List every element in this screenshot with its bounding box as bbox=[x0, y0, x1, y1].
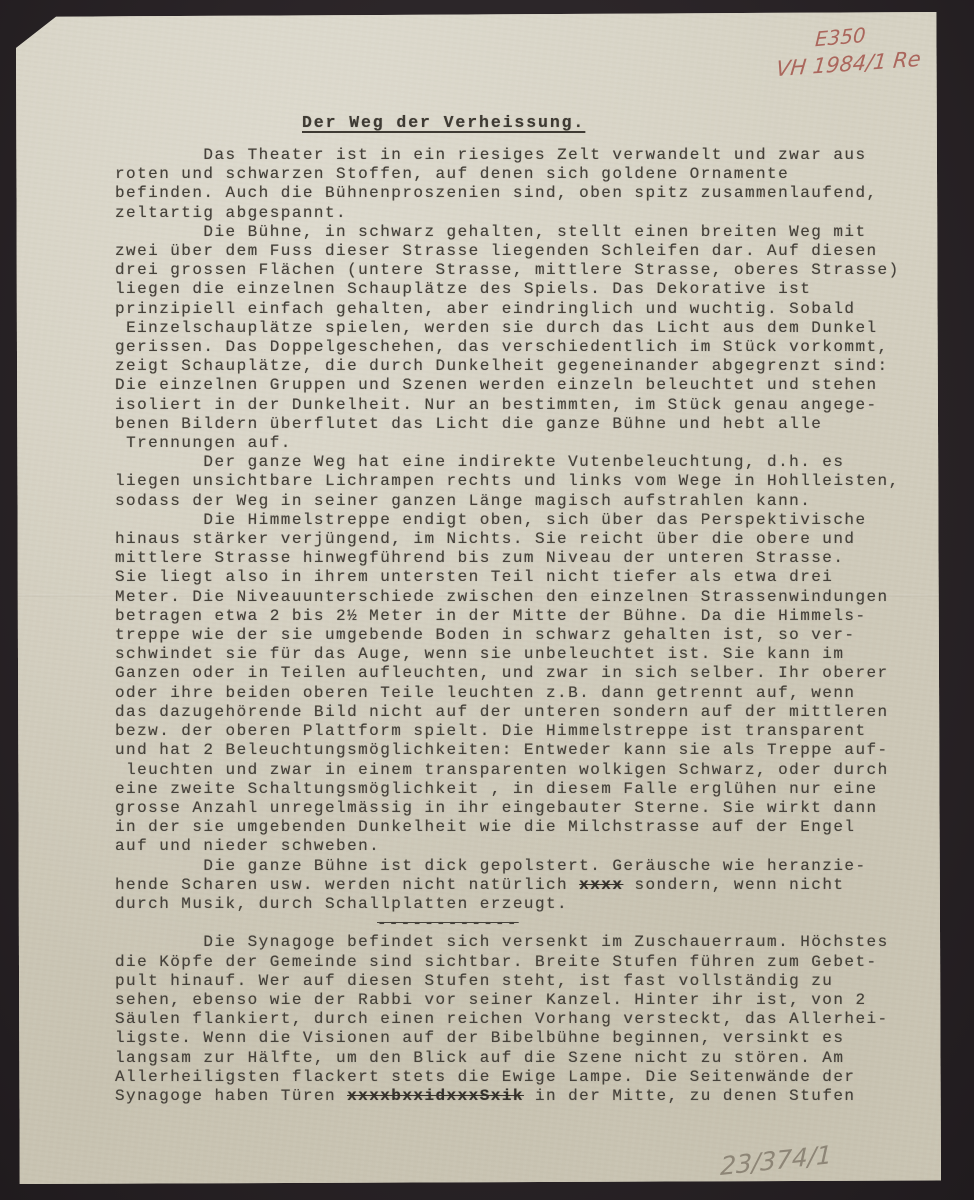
paragraph-gepolstert: Die ganze Bühne ist dick gepolstert. Ger… bbox=[115, 857, 917, 915]
document-title: Der Weg der Verheissung. bbox=[302, 113, 585, 132]
dashed-separator: ------------ bbox=[115, 914, 917, 933]
typed-strikeout: xxxx bbox=[579, 876, 623, 894]
handwritten-archive-number: VH 1984/1 Re bbox=[775, 47, 922, 81]
paragraph-synagoge-text: Die Synagoge befindet sich versenkt im Z… bbox=[115, 933, 889, 1105]
paragraph-himmelstreppe: Die Himmelstreppe endigt oben, sich über… bbox=[115, 511, 917, 857]
paragraph-vutenbeleuchtung: Der ganze Weg hat eine indirekte Vutenbe… bbox=[115, 453, 917, 511]
document-body: Das Theater ist in ein riesiges Zelt ver… bbox=[115, 146, 917, 1106]
paragraph-synagoge: Die Synagoge befindet sich versenkt im Z… bbox=[115, 933, 917, 1106]
paragraph-synagoge-end: in der Mitte, zu denen Stufen bbox=[524, 1087, 856, 1105]
scan-background: E350 VH 1984/1 Re Der Weg der Verheissun… bbox=[0, 0, 974, 1200]
paragraph-theater-tent: Das Theater ist in ein riesiges Zelt ver… bbox=[115, 146, 917, 223]
typed-strikeout: xxxxbxxidxxxSxik bbox=[347, 1087, 524, 1105]
document-page: E350 VH 1984/1 Re Der Weg der Verheissun… bbox=[16, 12, 941, 1184]
handwritten-page-number: 23/374/1 bbox=[720, 1140, 833, 1181]
paragraph-buehne-weg: Die Bühne, in schwarz gehalten, stellt e… bbox=[115, 223, 917, 453]
handwritten-code-e350: E350 bbox=[814, 23, 866, 52]
